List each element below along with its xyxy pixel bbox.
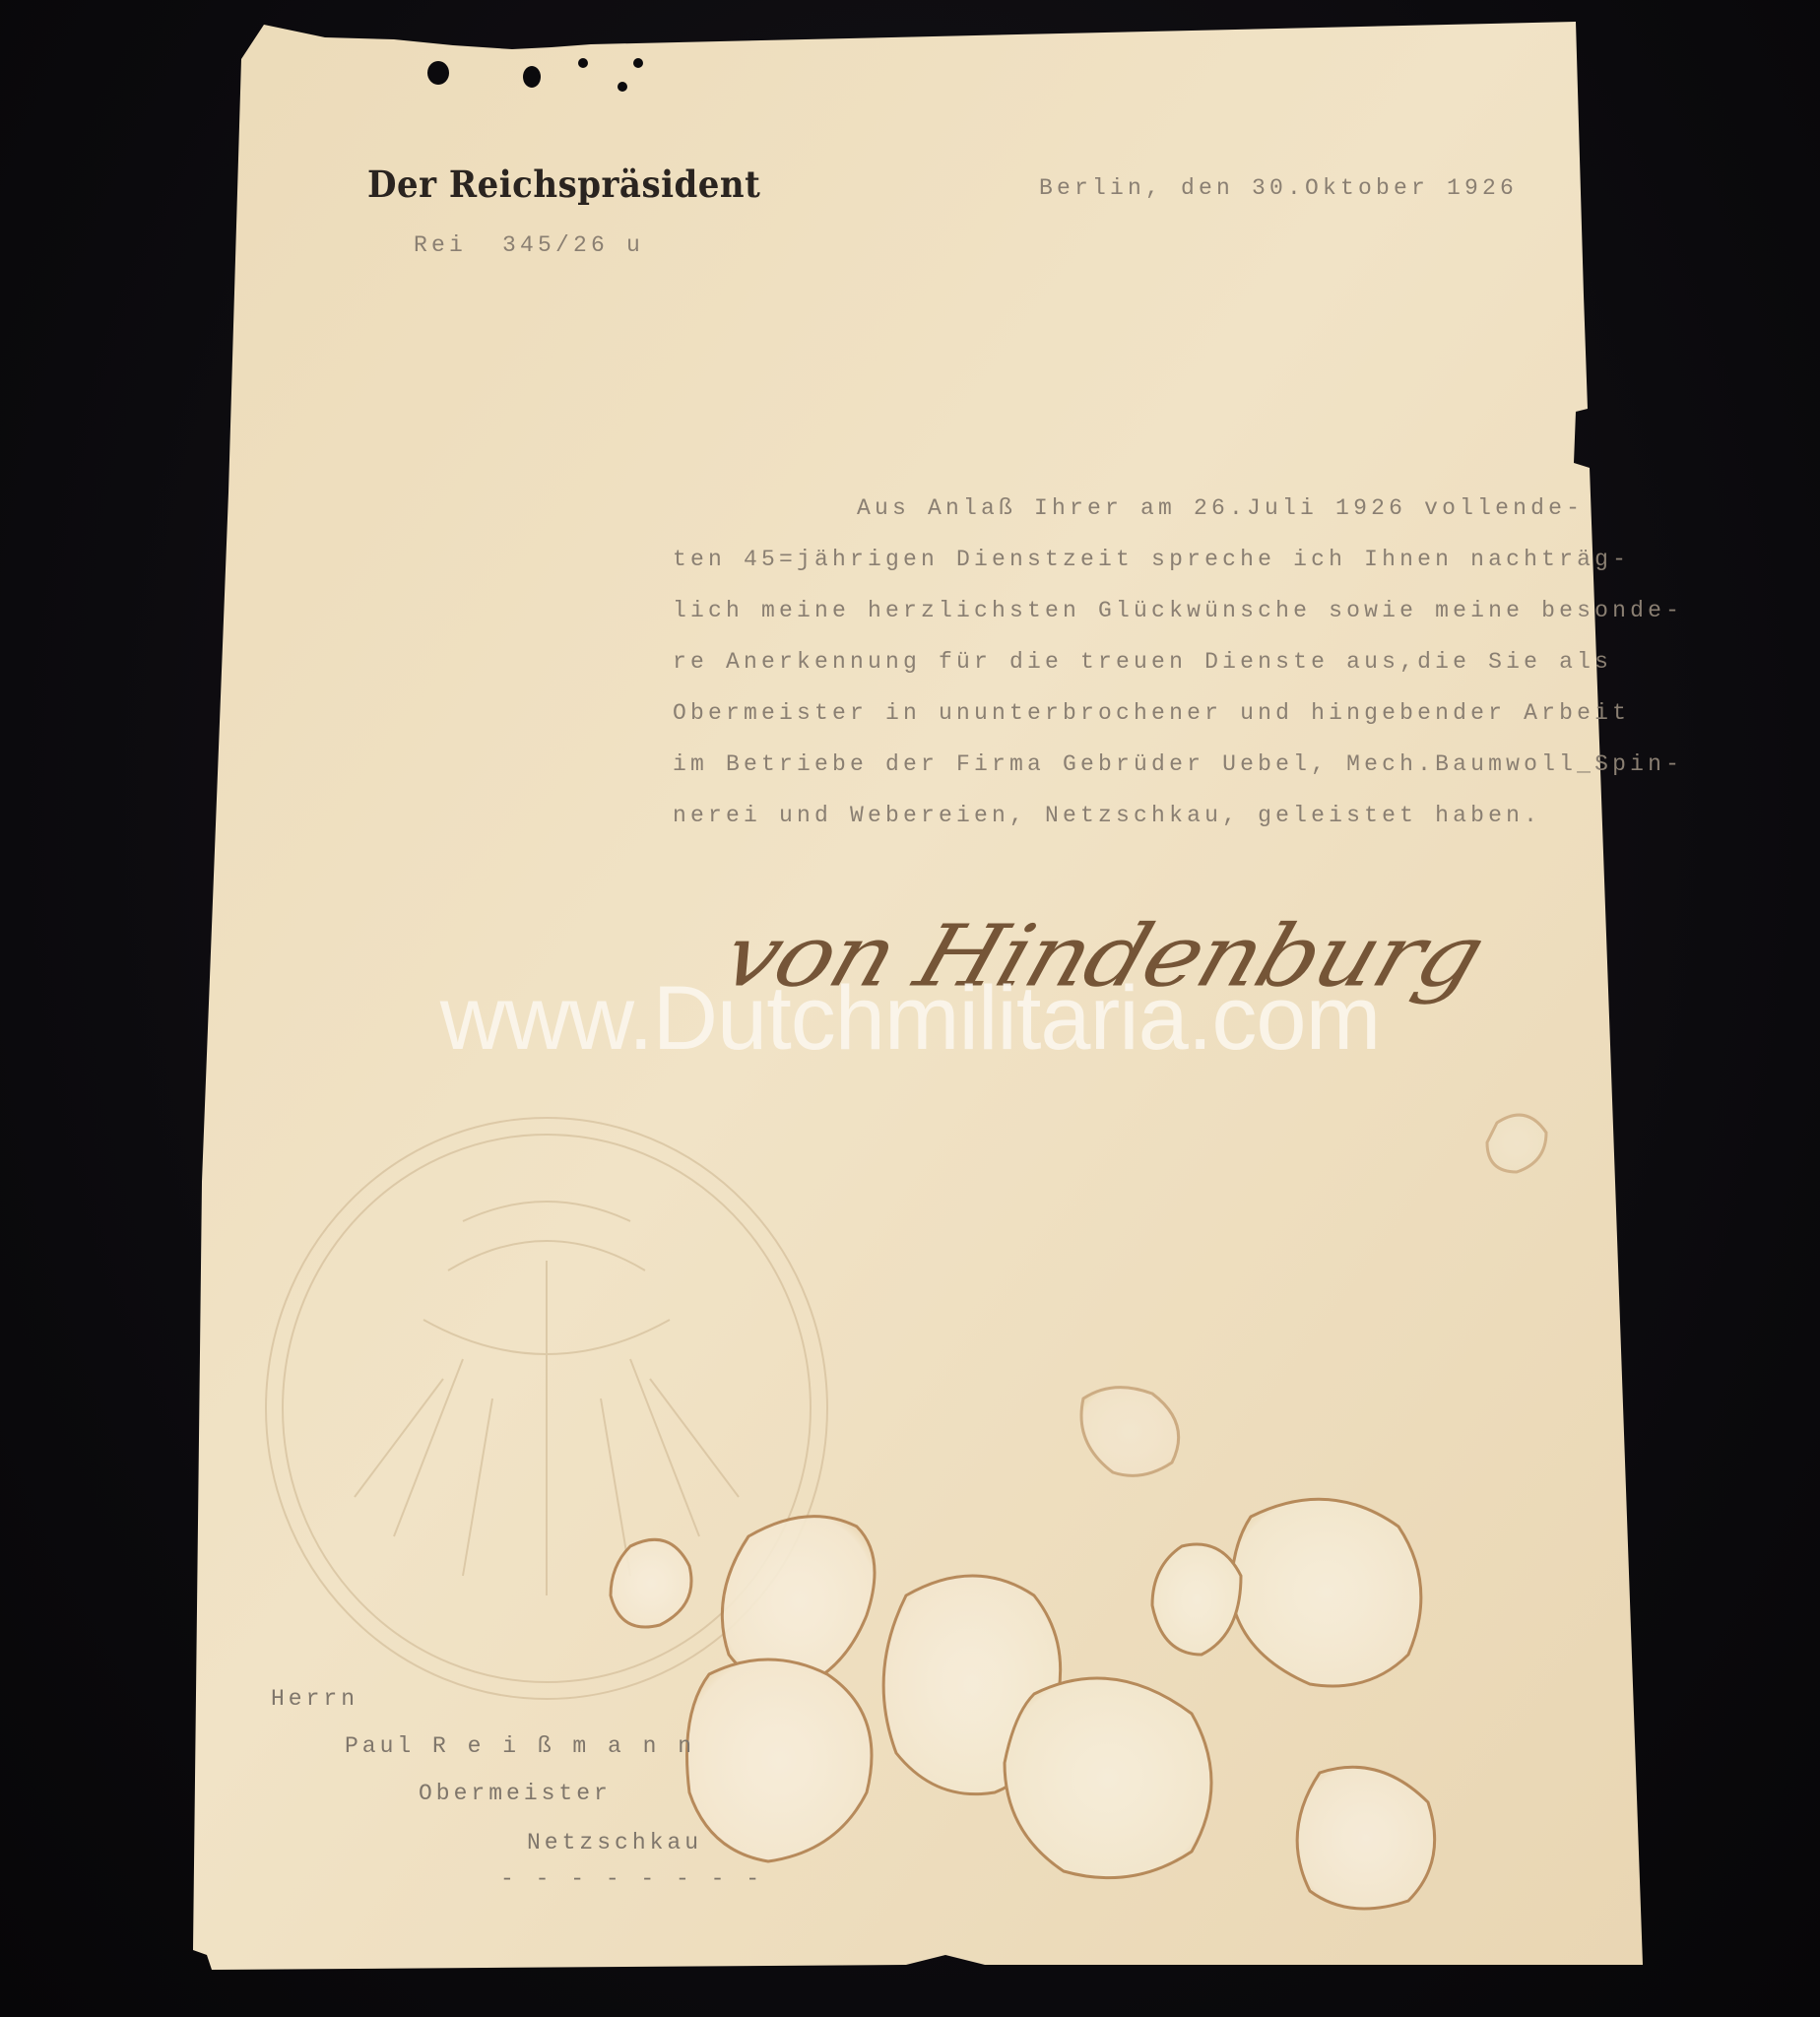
address-underline: - - - - - - - - — [500, 1866, 763, 1892]
reference-number: Rei 345/26 u — [414, 232, 644, 258]
address-salutation: Herrn — [271, 1686, 358, 1712]
letter-document: Der Reichspräsident Rei 345/26 u Berlin,… — [0, 0, 1820, 2017]
letterhead-title: Der Reichspräsident — [367, 163, 760, 207]
body-line: Aus Anlaß Ihrer am 26.Juli 1926 vollende… — [857, 495, 1584, 521]
body-line: Obermeister in ununterbrochener und hing… — [673, 700, 1630, 726]
body-line: ten 45=jährigen Dienstzeit spreche ich I… — [673, 547, 1630, 572]
address-city: Netzschkau — [527, 1830, 702, 1855]
watermark-text: www.Dutchmilitaria.com — [0, 967, 1820, 1071]
address-name: Paul R e i ß m a n n — [345, 1733, 695, 1759]
body-line: re Anerkennung für die treuen Dienste au… — [673, 649, 1612, 675]
place-and-date: Berlin, den 30.Oktober 1926 — [1039, 175, 1518, 201]
body-line: nerei und Webereien, Netzschkau, geleist… — [673, 803, 1541, 828]
address-title: Obermeister — [419, 1781, 612, 1806]
body-line: lich meine herzlichsten Glückwünsche sow… — [673, 598, 1683, 623]
body-line: im Betriebe der Firma Gebrüder Uebel, Me… — [673, 751, 1683, 777]
